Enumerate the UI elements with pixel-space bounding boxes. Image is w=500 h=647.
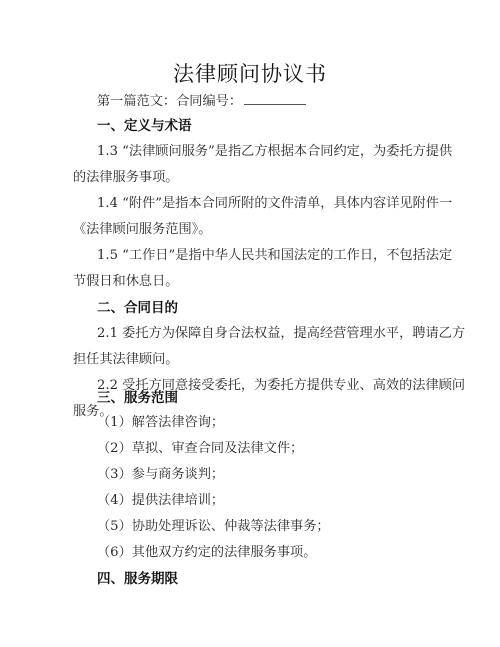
document-title: 法律顾问协议书 (0, 58, 500, 88)
contract-number-line: 第一篇范文：合同编号： (97, 92, 306, 111)
paragraph-1-5-line2: 节假日和休息日。 (73, 273, 179, 291)
service-item-1: （1）解答法律咨询； (97, 414, 224, 432)
section-heading-1: 一、定义与术语 (97, 117, 192, 135)
contract-number-label: 第一篇范文：合同编号： (97, 94, 242, 109)
section-heading-2: 二、合同目的 (97, 299, 178, 317)
paragraph-2-1-line2: 担任其法律顾问。 (73, 351, 179, 369)
paragraph-1-5-line1: 1.5 “工作日”是指中华人民共和国法定的工作日，不包括法定 (97, 247, 417, 265)
paragraph-1-3-line2: 的法律服务事项。 (73, 169, 179, 187)
service-item-6: （6）其他双方约定的法律服务事项。 (97, 544, 316, 562)
document-page: 法律顾问协议书 第一篇范文：合同编号： 一、定义与术语 1.3 “法律顾问服务”… (0, 0, 500, 647)
paragraph-1-4-line2: 《法律顾问服务范围》。 (73, 221, 211, 239)
contract-number-blank (244, 92, 306, 105)
paragraph-1-4-line1: 1.4 “附件”是指本合同所附的文件清单，具体内容详见附件一 (97, 195, 417, 213)
service-item-2: （2）草拟、审查合同及法律文件； (97, 440, 303, 458)
section-heading-3: 三、服务范围 (97, 389, 178, 407)
service-item-3: （3）参与商务谈判； (97, 466, 224, 484)
service-item-5: （5）协助处理诉讼、仲裁等法律事务； (97, 518, 330, 536)
paragraph-2-1-line1: 2.1 委托方为保障自身合法权益，提高经营管理水平，聘请乙方 (97, 325, 417, 343)
paragraph-1-3-line1: 1.3 “法律顾问服务”是指乙方根据本合同约定，为委托方提供 (97, 143, 417, 161)
section-heading-4: 四、服务期限 (97, 570, 178, 588)
service-item-4: （4）提供法律培训； (97, 492, 224, 510)
